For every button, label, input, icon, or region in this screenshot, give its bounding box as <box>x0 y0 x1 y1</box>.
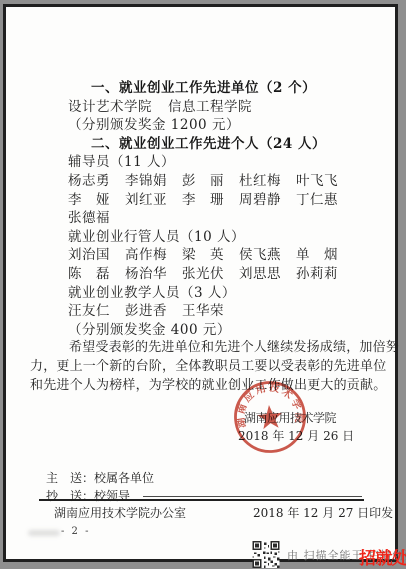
person-name: 高作梅 <box>125 246 182 265</box>
group-title-counselors: 辅导员（11 人） <box>68 153 406 172</box>
person-name: 孙莉莉 <box>296 265 353 284</box>
scan-smudge <box>28 530 60 536</box>
person-name: 李锦娟 <box>125 172 182 191</box>
red-stamp-text: 招就处 <box>359 544 406 569</box>
unit-name: 设计艺术学院 <box>68 99 152 115</box>
person-name: 梁 英 <box>182 246 239 265</box>
paper-sheet: 一、就业创业工作先进单位（2 个） 设计艺术学院信息工程学院 （分别颁发奖金 1… <box>3 4 398 562</box>
seal-star <box>257 404 284 430</box>
names-row: 陈 磊 杨治华 张光伏 刘思思 孙莉莉 <box>68 265 406 284</box>
person-name: 李 珊 <box>182 191 239 210</box>
closing-line: 希望受表彰的先进单位和先进个人继续发扬成绩，加倍努 <box>69 339 406 358</box>
names-row: 李 娅 刘红亚 李 珊 周碧静 丁仁惠 <box>68 191 406 210</box>
person-name: 丁仁惠 <box>296 191 353 210</box>
section-2-heading: 二、就业创业工作先进个人（24 人） <box>91 135 406 154</box>
section-1-heading: 一、就业创业工作先进单位（2 个） <box>91 79 406 98</box>
footer-main-send: 主 送：校属各单位 <box>46 469 154 486</box>
closing-line: 力，更上一个新的台阶，全体教职员工要以受表彰的先进单位 <box>30 358 406 377</box>
footer-divider-thin <box>143 496 362 497</box>
person-name: 杨治华 <box>125 265 182 284</box>
person-name: 汪友仁 <box>68 302 125 321</box>
person-name: 刘治国 <box>68 246 125 265</box>
footer-copy-send: 抄 送：校领导 <box>46 487 130 504</box>
person-name: 杜红梅 <box>239 172 296 191</box>
names-row: 杨志勇 李锦娟 彭 丽 杜红梅 叶飞飞 <box>68 172 406 191</box>
person-name: 李 娅 <box>68 191 125 210</box>
person-name: 单 烟 <box>296 246 353 265</box>
person-name: 彭进香 <box>125 302 182 321</box>
person-name: 彭 丽 <box>182 172 239 191</box>
closing-line: 和先进个人为榜样，为学校的就业创业工作做出更大的贡献。 <box>30 377 406 396</box>
person-name: 叶飞飞 <box>296 172 353 191</box>
person-name: 周碧静 <box>239 191 296 210</box>
person-name: 刘思思 <box>239 265 296 284</box>
person-name: 刘红亚 <box>125 191 182 210</box>
footer-issuing-office: 湖南应用技术学院办公室 <box>54 504 186 521</box>
names-row: 刘治国 高作梅 梁 英 侯飞燕 单 烟 <box>68 246 406 265</box>
person-name: 杨志勇 <box>68 172 125 191</box>
person-name: 陈 磊 <box>68 265 125 284</box>
awarded-units-row: 设计艺术学院信息工程学院 <box>68 98 406 117</box>
group-title-teaching: 就业创业教学人员（3 人） <box>68 284 406 303</box>
official-seal: 湖南应用技术学院 <box>227 374 314 461</box>
footer-print-date: 2018 年 12 月 27 日印发 <box>253 504 393 521</box>
award-note-individuals: （分别颁发奖金 400 元） <box>68 321 406 340</box>
person-name: 张德福 <box>68 209 125 228</box>
names-row: 汪友仁 彭进香 王华荣 <box>68 302 406 321</box>
group-title-admin: 就业创业行管人员（10 人） <box>68 228 406 247</box>
page-number: - 2 - <box>61 526 90 537</box>
footer-divider-thick <box>39 499 364 501</box>
names-row: 张德福 <box>68 209 406 228</box>
document-body: 一、就业创业工作先进单位（2 个） 设计艺术学院信息工程学院 （分别颁发奖金 1… <box>6 79 406 395</box>
qr-code-icon <box>252 541 280 568</box>
award-note-units: （分别颁发奖金 1200 元） <box>68 116 406 135</box>
person-name: 王华荣 <box>182 302 239 321</box>
unit-name: 信息工程学院 <box>168 99 252 115</box>
person-name: 侯飞燕 <box>239 246 296 265</box>
scanned-document-page: 一、就业创业工作先进单位（2 个） 设计艺术学院信息工程学院 （分别颁发奖金 1… <box>0 0 406 569</box>
person-name: 张光伏 <box>182 265 239 284</box>
